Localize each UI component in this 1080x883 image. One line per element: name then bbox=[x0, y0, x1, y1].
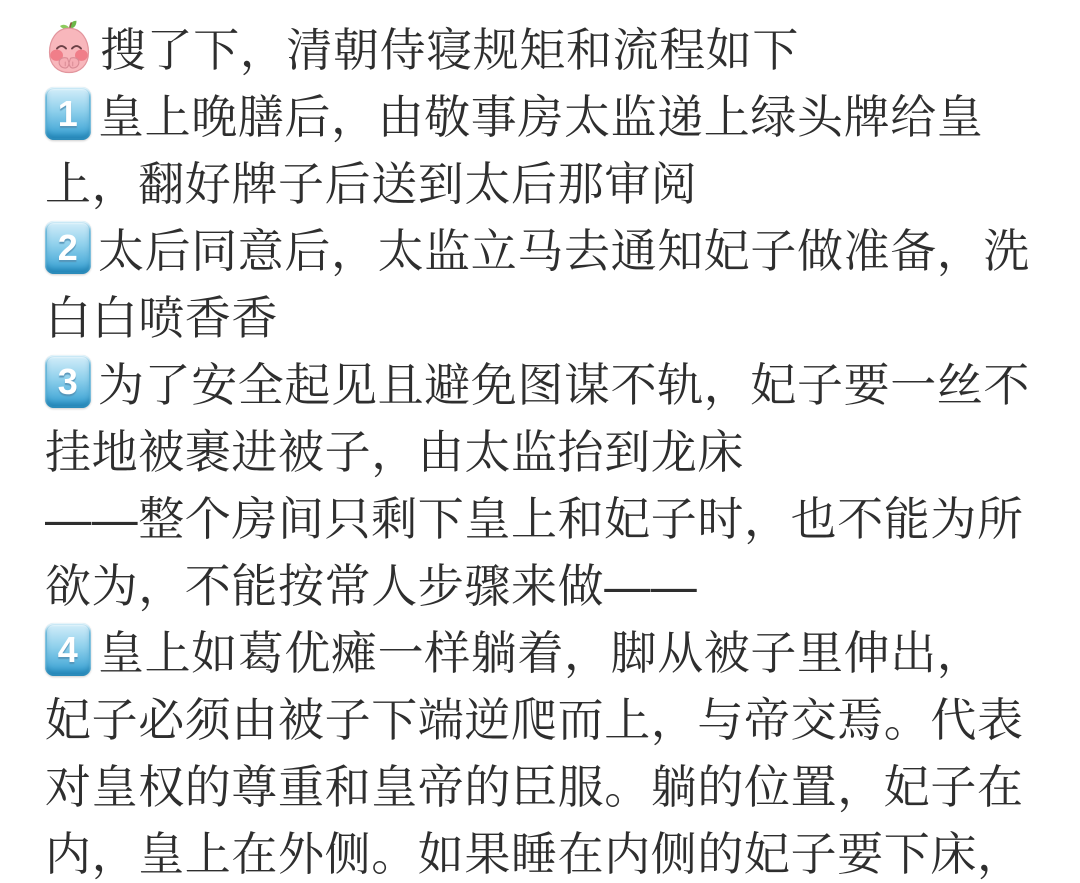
line-text: 皇上晚膳后，由敬事房太监递上绿头牌给皇 bbox=[98, 81, 983, 147]
line-text: 白白喷香香 bbox=[45, 282, 278, 348]
line-text: 欲为，不能按常人步骤来做—— bbox=[45, 550, 697, 616]
text-line: 挂地被裹进被子，由太监抬到龙床 bbox=[45, 415, 1060, 482]
text-line: 白白喷香香 bbox=[45, 281, 1060, 348]
text-line: 欲为，不能按常人步骤来做—— bbox=[45, 549, 1060, 616]
peach-emoji-icon bbox=[45, 18, 93, 76]
text-line: 内，皇上在外侧。如果睡在内侧的妃子要下床， bbox=[45, 817, 1060, 883]
keycap-2-icon: 2 bbox=[45, 221, 91, 274]
text-line: 1 皇上晚膳后，由敬事房太监递上绿头牌给皇 bbox=[45, 80, 1060, 147]
text-line: 3 为了安全起见且避免图谋不轨，妃子要一丝不 bbox=[45, 348, 1060, 415]
text-line: 妃子必须由被子下端逆爬而上，与帝交焉。代表 bbox=[45, 683, 1060, 750]
line-text: ——整个房间只剩下皇上和妃子时，也不能为所 bbox=[45, 483, 1024, 549]
keycap-4-icon: 4 bbox=[45, 623, 91, 676]
line-text: 内，皇上在外侧。如果睡在内侧的妃子要下床， bbox=[45, 818, 1024, 883]
line-text: 对皇权的尊重和皇帝的臣服。躺的位置，妃子在 bbox=[45, 751, 1024, 817]
line-text: 为了安全起见且避免图谋不轨，妃子要一丝不 bbox=[98, 349, 1030, 415]
text-line: 搜了下，清朝侍寝规矩和流程如下 bbox=[45, 13, 1060, 80]
text-line: 2 太后同意后，太监立马去通知妃子做准备，洗 bbox=[45, 214, 1060, 281]
keycap-1-icon: 1 bbox=[45, 87, 91, 140]
line-text: 搜了下，清朝侍寝规矩和流程如下 bbox=[100, 14, 799, 80]
line-text: 太后同意后，太监立马去通知妃子做准备，洗 bbox=[98, 215, 1030, 281]
text-line: ——整个房间只剩下皇上和妃子时，也不能为所 bbox=[45, 482, 1060, 549]
line-text: 妃子必须由被子下端逆爬而上，与帝交焉。代表 bbox=[45, 684, 1024, 750]
text-line: 4 皇上如葛优瘫一样躺着，脚从被子里伸出， bbox=[45, 616, 1060, 683]
line-text: 皇上如葛优瘫一样躺着，脚从被子里伸出， bbox=[98, 617, 983, 683]
text-line: 上，翻好牌子后送到太后那审阅 bbox=[45, 147, 1060, 214]
keycap-3-icon: 3 bbox=[45, 355, 91, 408]
line-text: 挂地被裹进被子，由太监抬到龙床 bbox=[45, 416, 744, 482]
text-line: 对皇权的尊重和皇帝的臣服。躺的位置，妃子在 bbox=[45, 750, 1060, 817]
post-body: 搜了下，清朝侍寝规矩和流程如下 1 皇上晚膳后，由敬事房太监递上绿头牌给皇 上，… bbox=[0, 0, 1080, 883]
line-text: 上，翻好牌子后送到太后那审阅 bbox=[45, 148, 697, 214]
